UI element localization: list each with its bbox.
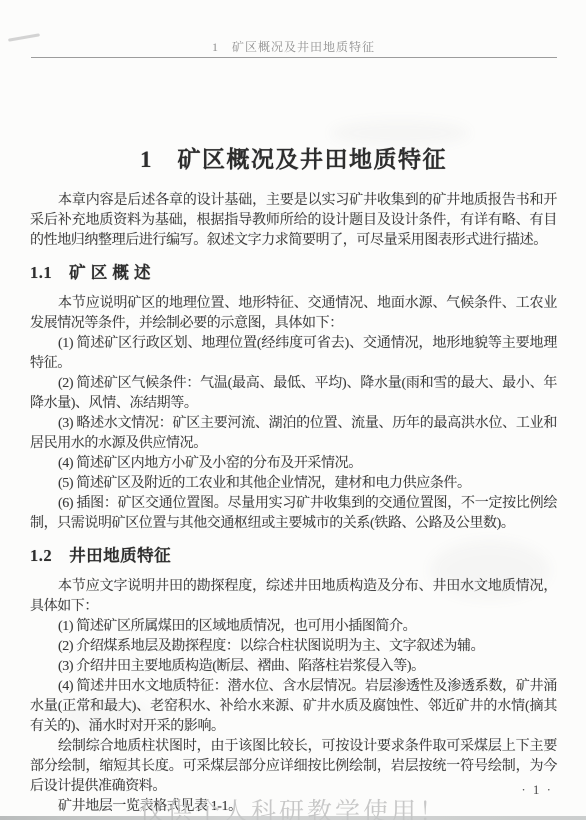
section-1-2-closing-paragraph: 绘制综合地质柱状图时，由于该图比较长，可按设计要求条件取可采煤层上下主要部分绘制…	[30, 737, 557, 797]
scanned-page: 1 矿区概况及井田地质特征 1 矿区概况及井田地质特征 本章内容是后述各章的设计…	[0, 0, 586, 820]
section-1-1-item: (2) 简述矿区气候条件：气温(最高、最低、平均)、降水量(雨和雪的最大、最小、…	[30, 374, 557, 414]
section-1-2-item: (1) 简述矿区所属煤田的区域地质情况，也可用小插图简介。	[30, 617, 557, 637]
section-1-2-item: (3) 介绍井田主要地质构造(断层、褶曲、陷落柱岩浆侵入等)。	[30, 657, 557, 677]
section-1-2-item: (2) 介绍煤系地层及勘探程度：以综合柱状图说明为主、文字叙述为辅。	[30, 637, 557, 657]
page-content: 1 矿区概况及井田地质特征 本章内容是后述各章的设计基础，主要是以实习矿井收集到…	[30, 146, 557, 817]
section-1-1-intro: 本节应说明矿区的地理位置、地形特征、交通情况、地面水源、气候条件、工农业发展情况…	[30, 294, 557, 334]
scan-blotch	[330, 120, 470, 146]
scan-bottom-edge	[0, 816, 586, 820]
section-1-2-item: (4) 简述井田水文地质特征：潜水位、含水层情况。岩层渗透性及渗透系数，矿井涌水…	[30, 677, 557, 737]
section-1-1-item: (6) 插图：矿区交通位置图。尽量用实习矿井收集到的交通位置图，不一定按比例绘制…	[30, 494, 557, 534]
chapter-intro-paragraph: 本章内容是后述各章的设计基础，主要是以实习矿井收集到的矿井地质报告书和开采后补充…	[30, 191, 557, 251]
header-rule	[31, 57, 557, 58]
section-heading-1-2: 1.2 井田地质特征	[30, 544, 557, 568]
running-header: 1 矿区概况及井田地质特征	[30, 38, 557, 55]
chapter-title: 1 矿区概况及井田地质特征	[30, 146, 557, 174]
section-1-1-item: (4) 简述矿区内地方小矿及小窑的分布及开采情况。	[30, 454, 557, 474]
section-1-1-item: (3) 略述水文情况：矿区主要河流、湖泊的位置、流量、历年的最高洪水位、工业和居…	[30, 414, 557, 454]
section-1-1-item: (1) 简述矿区行政区划、地理位置(经纬度可省去)、交通情况，地形地貌等主要地理…	[30, 334, 557, 374]
section-heading-1-1: 1.1 矿 区 概 述	[30, 261, 557, 285]
section-1-1-item: (5) 简述矿区及附近的工农业和其他企业情况，建材和电力供应条件。	[30, 474, 557, 494]
section-1-2-intro: 本节应文字说明井田的勘探程度，综述井田地质构造及分布、井田水文地质情况，具体如下…	[30, 577, 557, 617]
